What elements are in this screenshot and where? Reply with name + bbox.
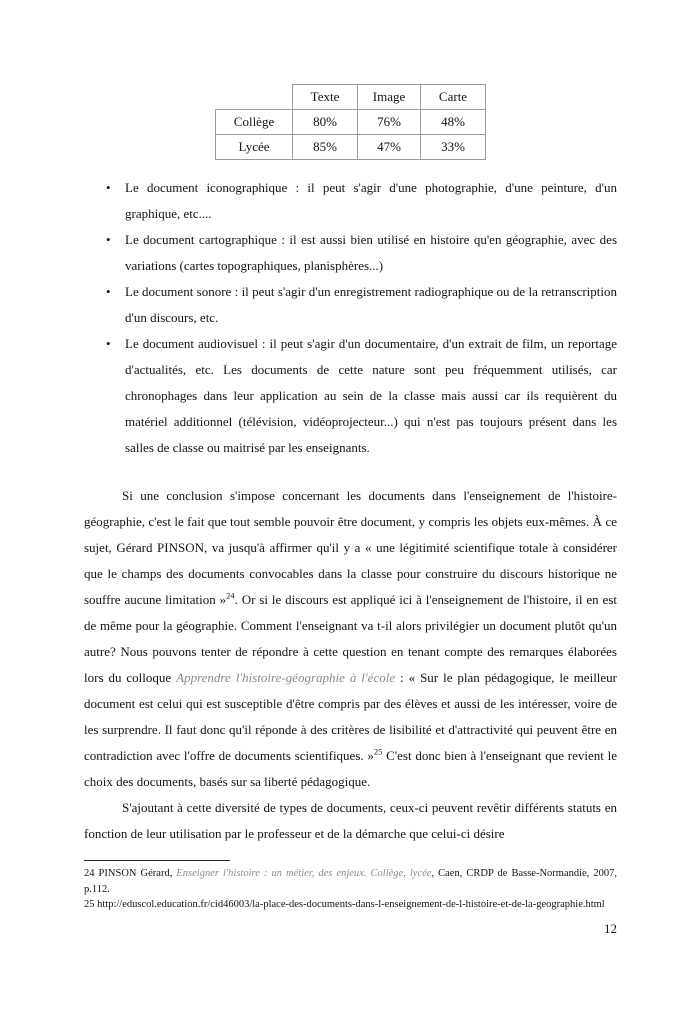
footnotes: 24 PINSON Gérard, Enseigner l'histoire :… (84, 866, 617, 913)
stats-table-body: Collège80%76%48%Lycée85%47%33% (216, 110, 486, 160)
list-item: •Le document audiovisuel : il peut s'agi… (84, 331, 617, 461)
list-item-text: Le document iconographique : il peut s'a… (125, 180, 617, 221)
table-header-cell: Image (358, 85, 421, 110)
list-item-text: Le document sonore : il peut s'agir d'un… (125, 284, 617, 325)
bullet-icon: • (106, 279, 111, 305)
table-header-cell: Texte (293, 85, 358, 110)
table-row: Lycée85%47%33% (216, 135, 486, 160)
paragraph-statuts: S'ajoutant à cette diversité de types de… (84, 795, 617, 847)
table-row: Collège80%76%48% (216, 110, 486, 135)
document-types-list: •Le document iconographique : il peut s'… (84, 175, 617, 461)
table-cell: 85% (293, 135, 358, 160)
table-cell: 33% (421, 135, 486, 160)
footnote: 24 PINSON Gérard, Enseigner l'histoire :… (84, 866, 617, 897)
bullet-icon: • (106, 331, 111, 357)
text-segment: Apprendre l'histoire-géographie à l'écol… (176, 670, 395, 685)
bullet-icon: • (106, 175, 111, 201)
table-corner-cell (216, 85, 293, 110)
page-number: 12 (604, 921, 617, 937)
stats-table: TexteImageCarte Collège80%76%48%Lycée85%… (215, 84, 486, 160)
list-item: •Le document sonore : il peut s'agir d'u… (84, 279, 617, 331)
text-segment: 25 http://eduscol.education.fr/cid46003/… (84, 899, 605, 910)
text-segment: S'ajoutant à cette diversité de types de… (84, 800, 617, 841)
table-cell: 76% (358, 110, 421, 135)
text-segment: Enseigner l'histoire : un métier, des en… (176, 868, 431, 879)
footnote-separator (84, 860, 230, 861)
table-cell: 48% (421, 110, 486, 135)
list-item-text: Le document cartographique : il est auss… (125, 232, 617, 273)
text-segment: Si une conclusion s'impose concernant le… (84, 488, 617, 607)
list-item: •Le document cartographique : il est aus… (84, 227, 617, 279)
bullet-icon: • (106, 227, 111, 253)
document-page: TexteImageCarte Collège80%76%48%Lycée85%… (0, 0, 700, 1028)
stats-table-head: TexteImageCarte (216, 85, 486, 110)
row-label-cell: Lycée (216, 135, 293, 160)
list-item-text: Le document audiovisuel : il peut s'agir… (125, 336, 617, 455)
table-header-row: TexteImageCarte (216, 85, 486, 110)
paragraph-conclusion: Si une conclusion s'impose concernant le… (84, 483, 617, 795)
table-cell: 80% (293, 110, 358, 135)
table-cell: 47% (358, 135, 421, 160)
text-segment: 24 PINSON Gérard, (84, 868, 176, 879)
footnote: 25 http://eduscol.education.fr/cid46003/… (84, 897, 617, 913)
table-header-cell: Carte (421, 85, 486, 110)
page-content: TexteImageCarte Collège80%76%48%Lycée85%… (84, 0, 617, 913)
list-item: •Le document iconographique : il peut s'… (84, 175, 617, 227)
footnote-ref: 24 (226, 591, 235, 601)
row-label-cell: Collège (216, 110, 293, 135)
